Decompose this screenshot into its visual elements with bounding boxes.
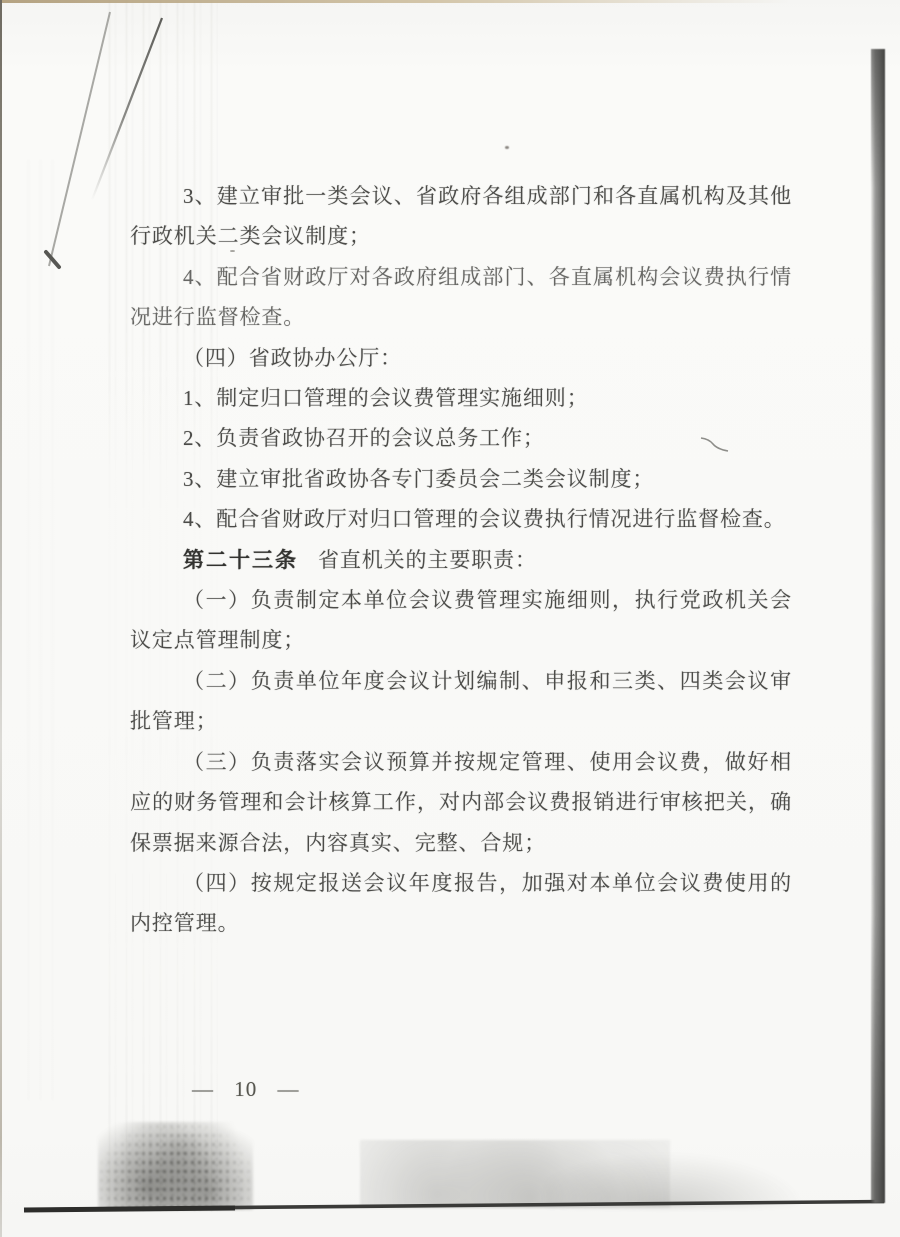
article-number: 第二十三条: [183, 548, 298, 572]
paragraph: （二）负责单位年度会议计划编制、申报和三类、四类会议审批管理；: [130, 661, 792, 742]
article-title: 省直机关的主要职责：: [318, 548, 537, 572]
paragraph: 3、建立审批省政协各专门委员会二类会议制度；: [130, 459, 792, 499]
left-scan-edge-line: [0, 0, 2, 1237]
article-heading: 第二十三条省直机关的主要职责：: [130, 540, 792, 580]
paragraph: 4、配合省财政厅对归口管理的会议费执行情况进行监督检查。: [130, 499, 792, 539]
page-number: — 10 —: [192, 1077, 300, 1102]
paragraph: 4、配合省财政厅对各政府组成部门、各直属机构会议费执行情况进行监督检查。: [130, 257, 792, 338]
paragraph: 1、制定归口管理的会议费管理实施细则；: [130, 378, 792, 418]
paragraph: （四）省政协办公厅：: [130, 338, 792, 378]
scan-streak-texture-margin: [24, 160, 62, 1100]
paragraph: （三）负责落实会议预算并按规定管理、使用会议费，做好相应的财务管理和会计核算工作…: [130, 742, 792, 863]
top-scan-edge-line: [0, 0, 790, 3]
scan-speckle-cloud-bottom-left: [98, 1122, 253, 1210]
scan-haze-bottom: [545, 1152, 805, 1207]
paragraph: 2、负责省政协召开的会议总务工作；: [130, 418, 792, 458]
paragraph: （四）按规定报送会议年度报告，加强对本单位会议费使用的内控管理。: [130, 863, 792, 944]
paragraph: （一）负责制定本单位会议费管理实施细则，执行党政机关会议定点管理制度；: [130, 580, 792, 661]
paragraph: 3、建立审批一类会议、省政府各组成部门和各直属机构及其他行政机关二类会议制度；: [130, 176, 792, 257]
right-scan-edge-bar: [871, 49, 885, 1203]
dust-speck: [505, 146, 509, 149]
scanned-page: 3、建立审批一类会议、省政府各组成部门和各直属机构及其他行政机关二类会议制度； …: [0, 0, 900, 1237]
document-text-block: 3、建立审批一类会议、省政府各组成部门和各直属机构及其他行政机关二类会议制度； …: [130, 176, 792, 944]
